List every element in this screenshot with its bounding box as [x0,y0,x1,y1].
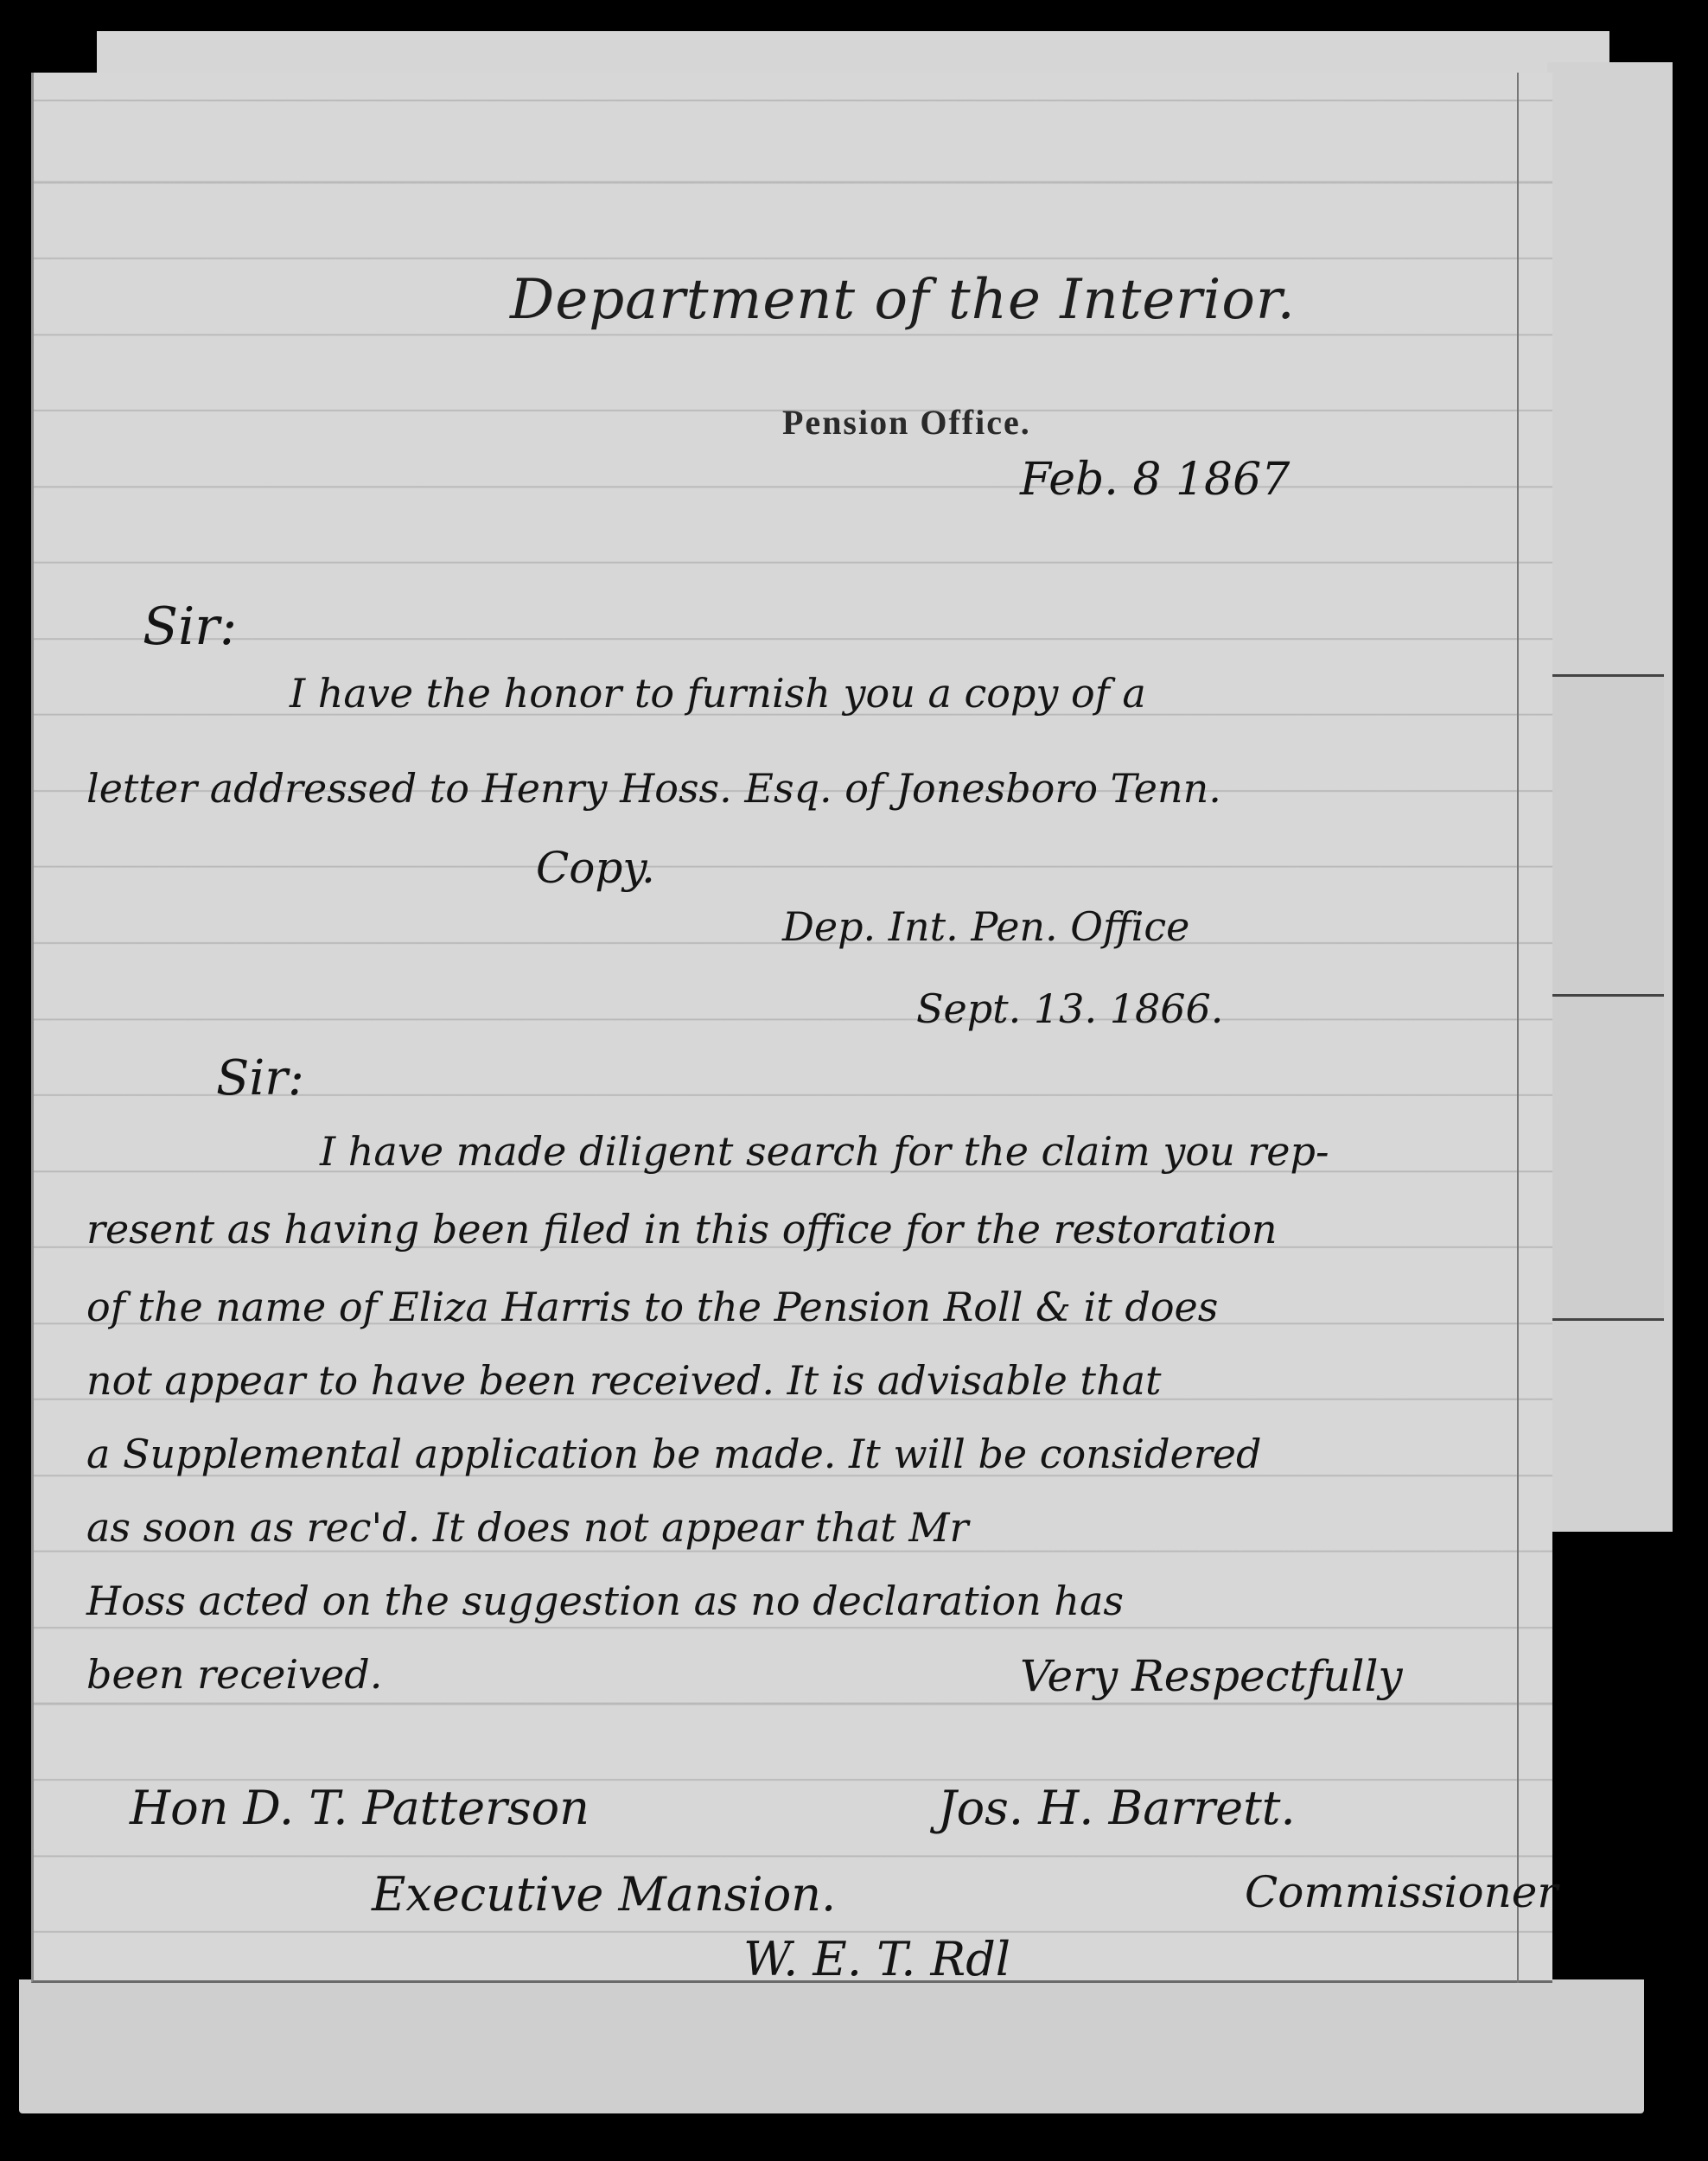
copied-letter-line: been received. [86,1651,382,1698]
letterhead-office: Pension Office. [782,402,1031,443]
signature: Jos. H. Barrett. [938,1781,1296,1835]
back-sheet-right-edge [1547,62,1673,1532]
copied-letter-date: Sept. 13. 1866. [916,985,1223,1032]
letterhead-department: Department of the Interior. [510,268,1296,332]
copied-letter-line: as soon as rec'd. It does not appear tha… [86,1504,968,1551]
folded-tab-lower [1547,994,1664,1321]
copied-letter-line: resent as having been filed in this offi… [86,1206,1278,1253]
copied-letter-line: not appear to have been received. It is … [86,1357,1161,1404]
addressee-name: Hon D. T. Patterson [130,1781,590,1835]
page-fold-line [1517,73,1519,1983]
copied-letter-header: Dep. Int. Pen. Office [782,903,1189,950]
addressee-place: Executive Mansion. [372,1867,836,1922]
body-intro-line: I have the honor to furnish you a copy o… [290,670,1146,717]
copied-letter-line: I have made diligent search for the clai… [320,1128,1329,1175]
folded-tab-upper [1547,674,1664,997]
salutation: Sir: [143,596,237,657]
body-intro-line: letter addressed to Henry Hoss. Esq. of … [86,765,1221,812]
signer-title: Commissioner [1245,1867,1558,1917]
clerk-initials: W. E. T. Rdl [743,1932,1010,1986]
copy-label: Copy. [536,843,655,893]
letter-date: Feb. 8 1867 [1020,454,1290,506]
back-sheet-bottom-edge [19,1979,1644,2113]
copied-letter-line: of the name of Eliza Harris to the Pensi… [86,1284,1218,1330]
copied-letter-salutation: Sir: [216,1050,304,1106]
copied-letter-line: a Supplemental application be made. It w… [86,1431,1261,1477]
copied-letter-line: Hoss acted on the suggestion as no decla… [86,1578,1124,1624]
closing: Very Respectfully [1020,1651,1403,1701]
